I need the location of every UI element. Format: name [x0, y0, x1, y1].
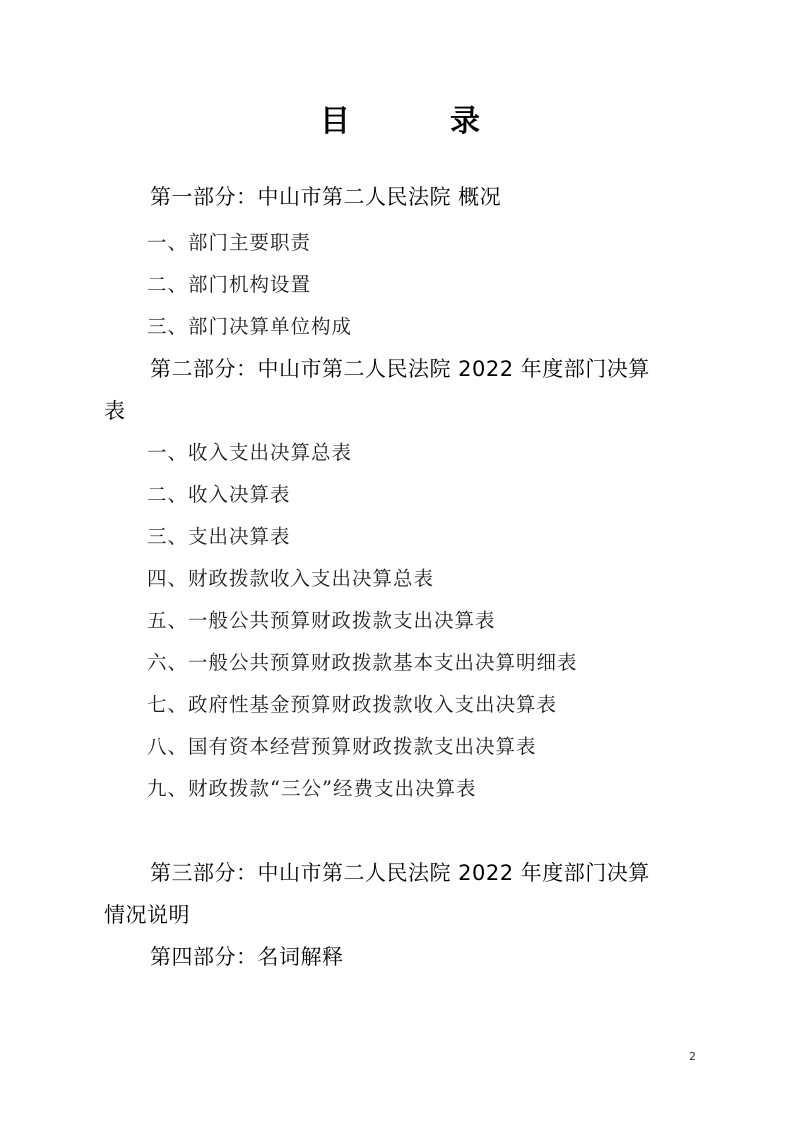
toc-part-3-title-cont[interactable]: 情况说明: [104, 903, 190, 927]
title-char-2: 录: [450, 96, 480, 140]
toc-item-2-9[interactable]: 九、财政拨款“三公”经费支出决算表: [147, 777, 476, 801]
toc-part-2-title[interactable]: 第二部分：中山市第二人民法院 2022 年度部门决算: [150, 357, 650, 381]
toc-item-1-1[interactable]: 一、部门主要职责: [147, 231, 311, 255]
toc-item-2-8[interactable]: 八、国有资本经营预算财政拨款支出决算表: [147, 735, 537, 759]
toc-item-2-1[interactable]: 一、收入支出决算总表: [147, 441, 352, 465]
toc-item-2-5[interactable]: 五、一般公共预算财政拨款支出决算表: [147, 609, 496, 633]
toc-item-1-2[interactable]: 二、部门机构设置: [147, 273, 311, 297]
toc-item-1-3[interactable]: 三、部门决算单位构成: [147, 315, 352, 339]
toc-part-1-title[interactable]: 第一部分：中山市第二人民法院 概况: [150, 185, 501, 209]
toc-item-2-7[interactable]: 七、政府性基金预算财政拨款收入支出决算表: [147, 693, 557, 717]
page-title: 目录: [0, 96, 800, 140]
toc-part-2-title-cont[interactable]: 表: [104, 399, 126, 423]
toc-item-2-4[interactable]: 四、财政拨款收入支出决算总表: [147, 567, 434, 591]
toc-item-2-2[interactable]: 二、收入决算表: [147, 483, 291, 507]
toc-part-4-title[interactable]: 第四部分：名词解释: [150, 945, 344, 969]
toc-item-2-6[interactable]: 六、一般公共预算财政拨款基本支出决算明细表: [147, 651, 578, 675]
toc-part-3-title[interactable]: 第三部分：中山市第二人民法院 2022 年度部门决算: [150, 861, 650, 885]
title-char-1: 目: [320, 96, 350, 140]
page-number: 2: [689, 1050, 696, 1063]
toc-item-2-3[interactable]: 三、支出决算表: [147, 525, 291, 549]
